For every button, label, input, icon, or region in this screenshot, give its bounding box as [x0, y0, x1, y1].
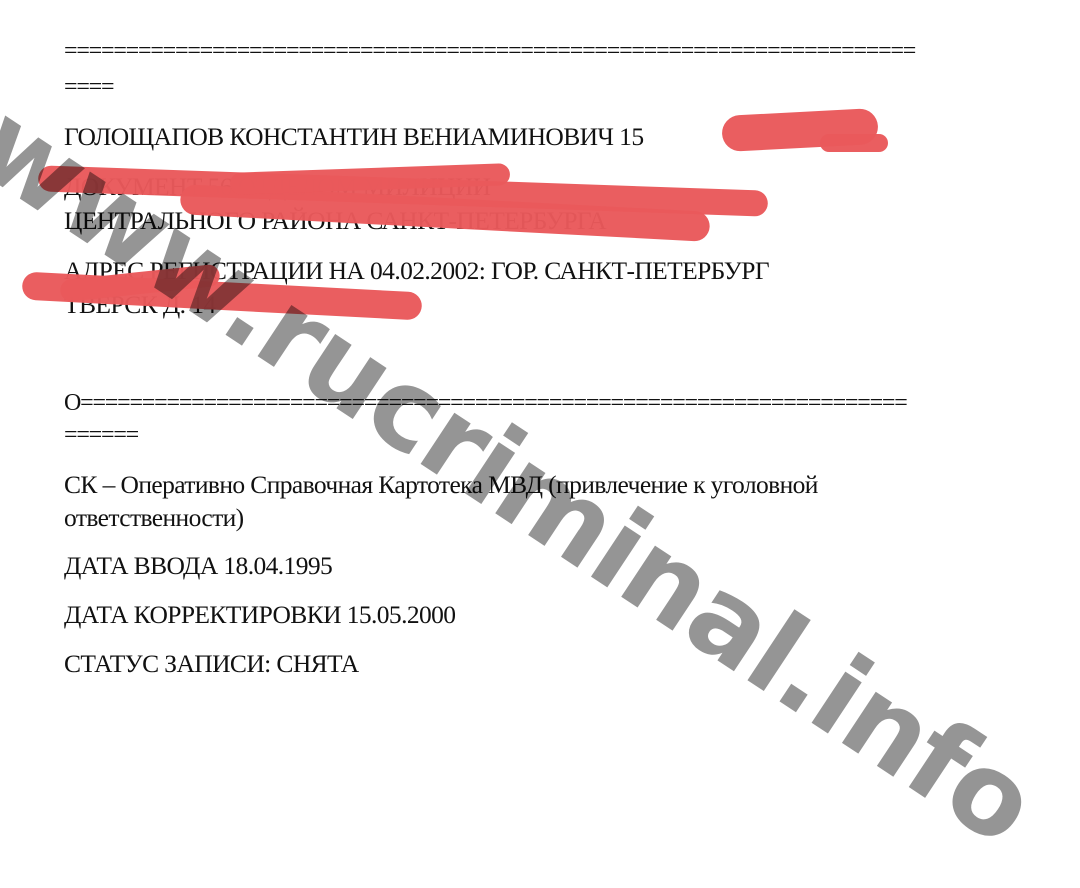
document-page: ========================================… — [0, 0, 1080, 888]
separator-top: ========================================… — [64, 36, 915, 66]
redaction-birthdate-tail — [820, 134, 888, 152]
entry-date: ДАТА ВВОДА 18.04.1995 — [64, 551, 332, 581]
separator-top-wrap: ==== — [64, 72, 113, 102]
source-line-2: ответственности) — [64, 503, 244, 533]
separator-mid-wrap: ====== — [64, 420, 138, 450]
correction-date: ДАТА КОРРЕКТИРОВКИ 15.05.2000 — [64, 600, 455, 630]
person-name-line: ГОЛОЩАПОВ КОНСТАНТИН ВЕНИАМИНОВИЧ 15 — [64, 122, 643, 152]
record-status: СТАТУС ЗАПИСИ: СНЯТА — [64, 649, 359, 679]
